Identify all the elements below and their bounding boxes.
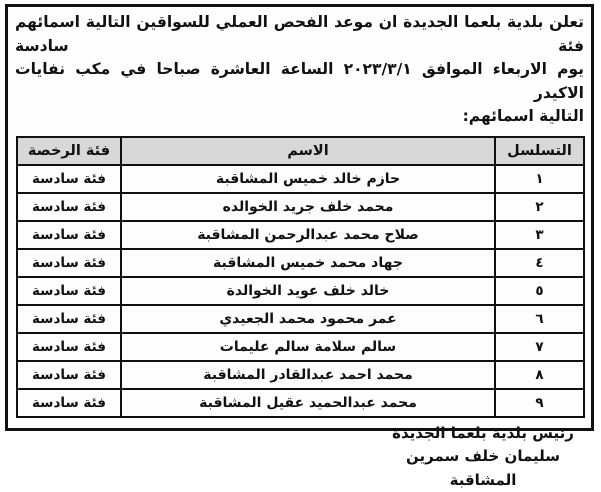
table-row: ٨ محمد احمد عبدالقادر المشاقبة فئة سادسة — [17, 361, 584, 389]
intro-line-3: التالية اسمائهم: — [15, 105, 584, 129]
name-cell: صلاح محمد عبدالرحمن المشاقبة — [121, 221, 495, 249]
category-cell: فئة سادسة — [17, 249, 121, 277]
serial-cell: ٦ — [495, 305, 584, 333]
announcement-intro: تعلن بلدية بلعما الجديدة ان موعد الفحص ا… — [8, 7, 591, 129]
name-cell: حازم خالد خميس المشاقبة — [121, 165, 495, 193]
signature-title: رئيس بلدية بلعما الجديدة — [377, 422, 589, 446]
announcement-page-frame: تعلن بلدية بلعما الجديدة ان موعد الفحص ا… — [5, 4, 594, 431]
category-cell: فئة سادسة — [17, 277, 121, 305]
table-row: ٣ صلاح محمد عبدالرحمن المشاقبة فئة سادسة — [17, 221, 584, 249]
category-cell: فئة سادسة — [17, 193, 121, 221]
table-row: ٤ جهاد محمد خميس المشاقبة فئة سادسة — [17, 249, 584, 277]
serial-cell: ٥ — [495, 277, 584, 305]
name-cell: محمد عبدالحميد عقيل المشاقبة — [121, 389, 495, 417]
category-cell: فئة سادسة — [17, 165, 121, 193]
serial-cell: ٤ — [495, 249, 584, 277]
name-cell: محمد خلف جريد الخوالده — [121, 193, 495, 221]
serial-cell: ٣ — [495, 221, 584, 249]
signature-block: رئيس بلدية بلعما الجديدة سليمان خلف سمري… — [377, 422, 589, 449]
table-row: ٧ سالم سلامة سالم عليمات فئة سادسة — [17, 333, 584, 361]
serial-cell: ١ — [495, 165, 584, 193]
serial-cell: ٧ — [495, 333, 584, 361]
name-cell: سالم سلامة سالم عليمات — [121, 333, 495, 361]
table-row: ٦ عمر محمود محمد الجعيدي فئة سادسة — [17, 305, 584, 333]
name-cell: جهاد محمد خميس المشاقبة — [121, 249, 495, 277]
table-row: ٢ محمد خلف جريد الخوالده فئة سادسة — [17, 193, 584, 221]
table-row: ٩ محمد عبدالحميد عقيل المشاقبة فئة سادسة — [17, 389, 584, 417]
category-cell: فئة سادسة — [17, 221, 121, 249]
serial-cell: ٢ — [495, 193, 584, 221]
category-column-header: فئة الرخصة — [17, 137, 121, 165]
category-cell: فئة سادسة — [17, 389, 121, 417]
name-cell: عمر محمود محمد الجعيدي — [121, 305, 495, 333]
name-cell: محمد احمد عبدالقادر المشاقبة — [121, 361, 495, 389]
table-row: ١ حازم خالد خميس المشاقبة فئة سادسة — [17, 165, 584, 193]
serial-cell: ٨ — [495, 361, 584, 389]
intro-line-1: تعلن بلدية بلعما الجديدة ان موعد الفحص ا… — [15, 11, 584, 58]
name-cell: خالد خلف عويد الخوالدة — [121, 277, 495, 305]
drivers-roster-table: التسلسل الاسم فئة الرخصة ١ حازم خالد خمي… — [16, 136, 585, 418]
category-cell: فئة سادسة — [17, 333, 121, 361]
table-row: ٥ خالد خلف عويد الخوالدة فئة سادسة — [17, 277, 584, 305]
category-cell: فئة سادسة — [17, 361, 121, 389]
serial-cell: ٩ — [495, 389, 584, 417]
table-header-row: التسلسل الاسم فئة الرخصة — [17, 137, 584, 165]
serial-column-header: التسلسل — [495, 137, 584, 165]
category-cell: فئة سادسة — [17, 305, 121, 333]
intro-line-2: يوم الاربعاء الموافق ٢٠٢٣/٣/١ الساعة الع… — [15, 58, 584, 105]
name-column-header: الاسم — [121, 137, 495, 165]
